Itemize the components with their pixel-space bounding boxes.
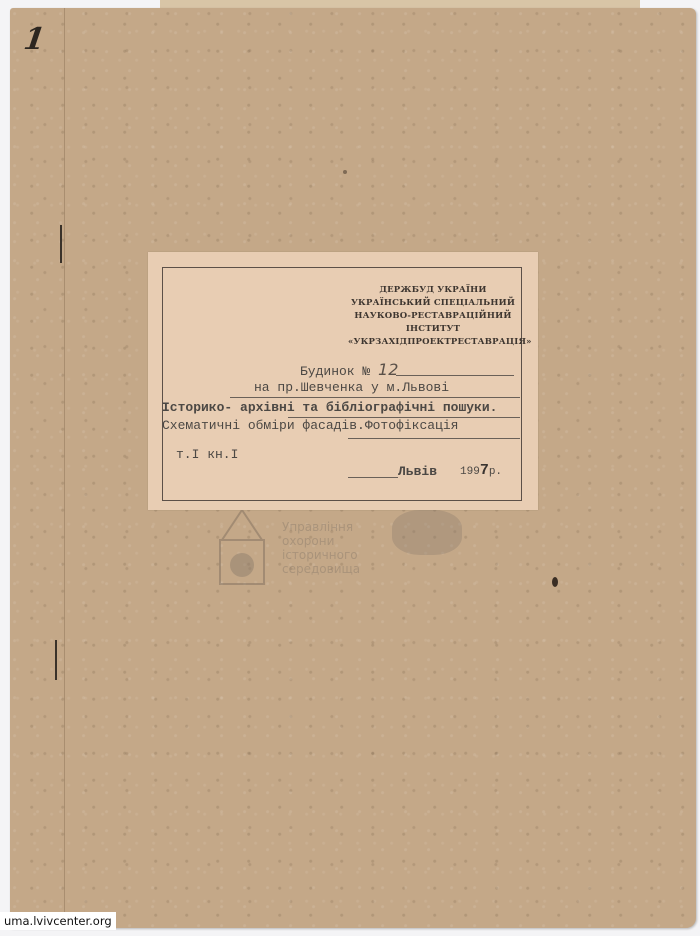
underline (230, 397, 520, 398)
year-suffix: р. (489, 466, 502, 478)
building-number: 12 (378, 360, 398, 379)
org-line: УКРАЇНСЬКИЙ СПЕЦІАЛЬНИЙ (348, 297, 518, 310)
tower-icon (212, 510, 272, 585)
org-line: ДЕРЖБУД УКРАЇНИ (348, 284, 518, 297)
org-line: НАУКОВО-РЕСТАВРАЦІЙНИЙ (348, 310, 518, 323)
volume-line: т.I кн.I (176, 447, 238, 462)
research-line: Історико- архівні та бібліографічні пошу… (162, 400, 497, 415)
city: Львів (398, 464, 437, 479)
archive-stamp: Управління охорони історичного середовищ… (212, 510, 482, 590)
binding-mark (60, 225, 62, 263)
org-line: «УКРЗАХІДПРОЕКТРЕСТАВРАЦІЯ» (348, 336, 518, 349)
underline (348, 438, 520, 439)
year: 1997р. (460, 462, 502, 479)
stamp-text: Управління охорони історичного середовищ… (282, 520, 360, 576)
building-prefix: Будинок № (300, 364, 370, 379)
org-line: ІНСТИТУТ (348, 323, 518, 336)
stamp-line: охорони (282, 534, 360, 548)
year-digit: 7 (480, 462, 489, 479)
stain-spot (343, 170, 347, 174)
stain-spot (552, 577, 558, 587)
stamp-line: Управління (282, 520, 360, 534)
underline (348, 477, 398, 478)
organization-header: ДЕРЖБУД УКРАЇНИ УКРАЇНСЬКИЙ СПЕЦІАЛЬНИЙ … (348, 284, 518, 349)
address-line: на пр.Шевченка у м.Львові (254, 380, 449, 395)
watermark: uma.lvivcenter.org (0, 912, 116, 930)
measures-line: Схематичні обміри фасадів.Фотофіксація (162, 418, 458, 433)
building-title: Будинок № 12 (300, 360, 398, 379)
faded-stamp-mark (392, 510, 462, 555)
stamp-line: історичного (282, 548, 360, 562)
cover-fold-line (64, 8, 65, 928)
year-printed: 199 (460, 466, 480, 478)
underline (396, 375, 514, 376)
stamp-line: середовища (282, 562, 360, 576)
document-label: ДЕРЖБУД УКРАЇНИ УКРАЇНСЬКИЙ СПЕЦІАЛЬНИЙ … (148, 252, 538, 510)
binding-mark (55, 640, 57, 680)
